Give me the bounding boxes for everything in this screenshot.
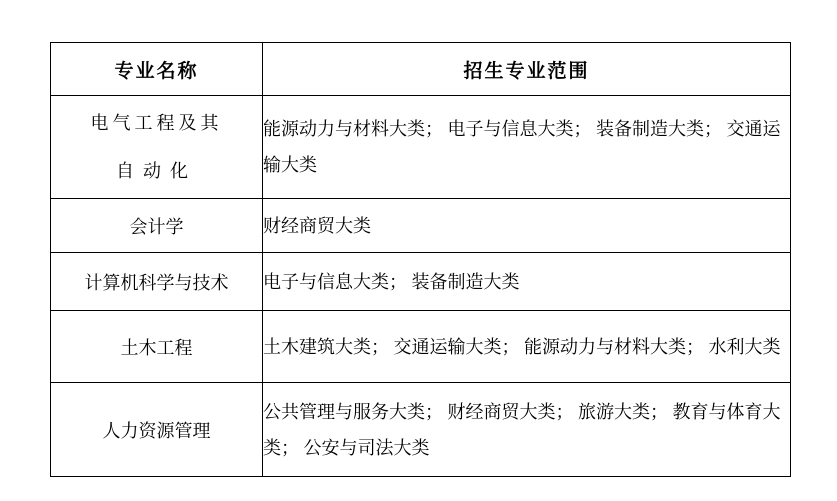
table-row: 计算机科学与技术 电子与信息大类； 装备制造大类: [51, 253, 791, 311]
major-name-cell: 电气工程及其 自动化: [51, 96, 263, 199]
major-name-line-1: 电气工程及其: [51, 106, 262, 140]
majors-table: 专业名称 招生专业范围 电气工程及其 自动化 能源动力与材料大类； 电子与信息大…: [50, 42, 791, 477]
major-name-cell: 人力资源管理: [51, 383, 263, 477]
header-admission-scope: 招生专业范围: [263, 43, 791, 96]
major-name-cell: 计算机科学与技术: [51, 253, 263, 311]
document-page: 专业名称 招生专业范围 电气工程及其 自动化 能源动力与材料大类； 电子与信息大…: [0, 0, 837, 501]
table-header-row: 专业名称 招生专业范围: [51, 43, 791, 96]
table-row: 土木工程 土木建筑大类； 交通运输大类； 能源动力与材料大类； 水利大类: [51, 311, 791, 383]
header-major-name: 专业名称: [51, 43, 263, 96]
admission-scope-cell: 土木建筑大类； 交通运输大类； 能源动力与材料大类； 水利大类: [263, 311, 791, 383]
major-name-cell: 会计学: [51, 199, 263, 253]
table-row: 人力资源管理 公共管理与服务大类； 财经商贸大类； 旅游大类； 教育与体育大类；…: [51, 383, 791, 477]
admission-scope-cell: 电子与信息大类； 装备制造大类: [263, 253, 791, 311]
table-row: 会计学 财经商贸大类: [51, 199, 791, 253]
admission-scope-cell: 财经商贸大类: [263, 199, 791, 253]
major-name-line-2: 自动化: [51, 154, 262, 188]
major-name-cell: 土木工程: [51, 311, 263, 383]
admission-scope-cell: 公共管理与服务大类； 财经商贸大类； 旅游大类； 教育与体育大类； 公安与司法大…: [263, 383, 791, 477]
table-row: 电气工程及其 自动化 能源动力与材料大类； 电子与信息大类； 装备制造大类； 交…: [51, 96, 791, 199]
admission-scope-cell: 能源动力与材料大类； 电子与信息大类； 装备制造大类； 交通运输大类: [263, 96, 791, 199]
